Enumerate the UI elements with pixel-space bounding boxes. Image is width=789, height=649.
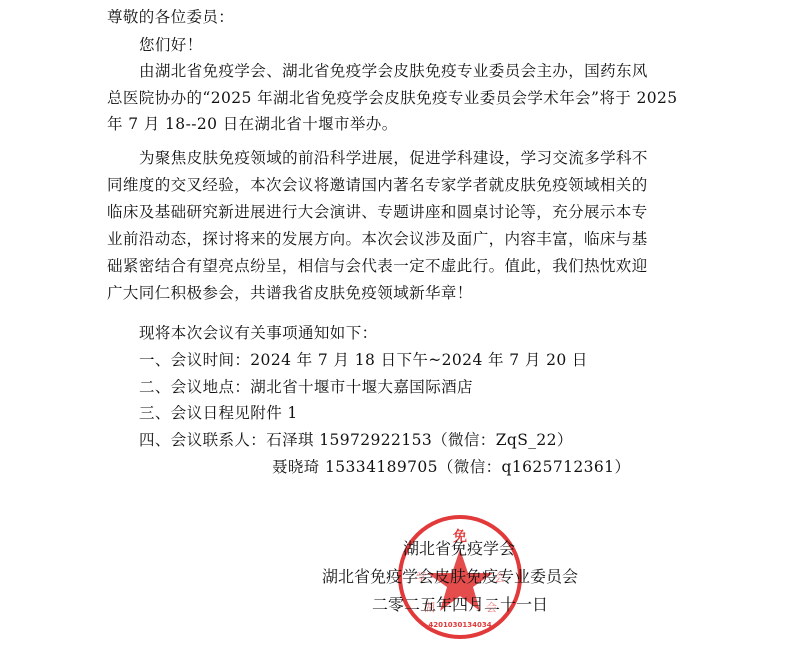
para2-line1: 为聚焦皮肤免疫领域的前沿科学进展，促进学科建设，学习交流多学科不: [139, 148, 648, 168]
para1-line2: 总医院协办的“2025 年湖北省免疫学会皮肤免疫专业委员会学术年会”将于 202…: [107, 88, 678, 108]
item-time: 一、会议时间：2024 年 7 月 18 日下午~2024 年 7 月 20 日: [139, 350, 588, 370]
salutation: 尊敬的各位委员：: [107, 7, 234, 27]
item-contact2: 聂晓琦 15334189705（微信：q1625712361）: [272, 457, 630, 477]
svg-text:4201030134034: 4201030134034: [428, 621, 491, 629]
notice-intro: 现将本次会议有关事项通知如下：: [139, 323, 378, 343]
para1-line1: 由湖北省免疫学会、湖北省免疫学会皮肤免疫专业委员会主办，国药东风: [139, 61, 648, 81]
para2-line4: 业前沿动态，探讨将来的发展方向。本次会议涉及面广，内容丰富，临床与基: [107, 229, 648, 249]
signature-org2: 湖北省免疫学会皮肤免疫专业委员会: [322, 567, 578, 587]
item-location: 二、会议地点：湖北省十堰市十堰大嘉国际酒店: [139, 377, 473, 397]
para2-line3: 临床及基础研究新进展进行大会演讲、专题讲座和圆桌讨论等，充分展示本专: [107, 202, 648, 222]
item-contact: 四、会议联系人：石泽琪 15972922153（微信：ZqS_22）: [139, 430, 573, 450]
item-schedule: 三、会议日程见附件 1: [139, 403, 298, 423]
greeting: 您们好！: [139, 35, 203, 55]
signature-org1: 湖北省免疫学会: [403, 539, 515, 559]
para2-line5: 础紧密结合有望亮点纷呈，相信与会代表一定不虚此行。值此，我们热忱欢迎: [107, 256, 648, 276]
signature-date: 二零二五年四月二十一日: [372, 595, 548, 615]
para1-line3: 年 7 月 18--20 日在湖北省十堰市举办。: [107, 114, 398, 134]
para2-line6: 广大同仁积极参会，共谱我省皮肤免疫领域新华章！: [107, 283, 473, 303]
para2-line2: 同维度的交叉经验，本次会议将邀请国内著名专家学者就皮肤免疫领域相关的: [107, 175, 648, 195]
